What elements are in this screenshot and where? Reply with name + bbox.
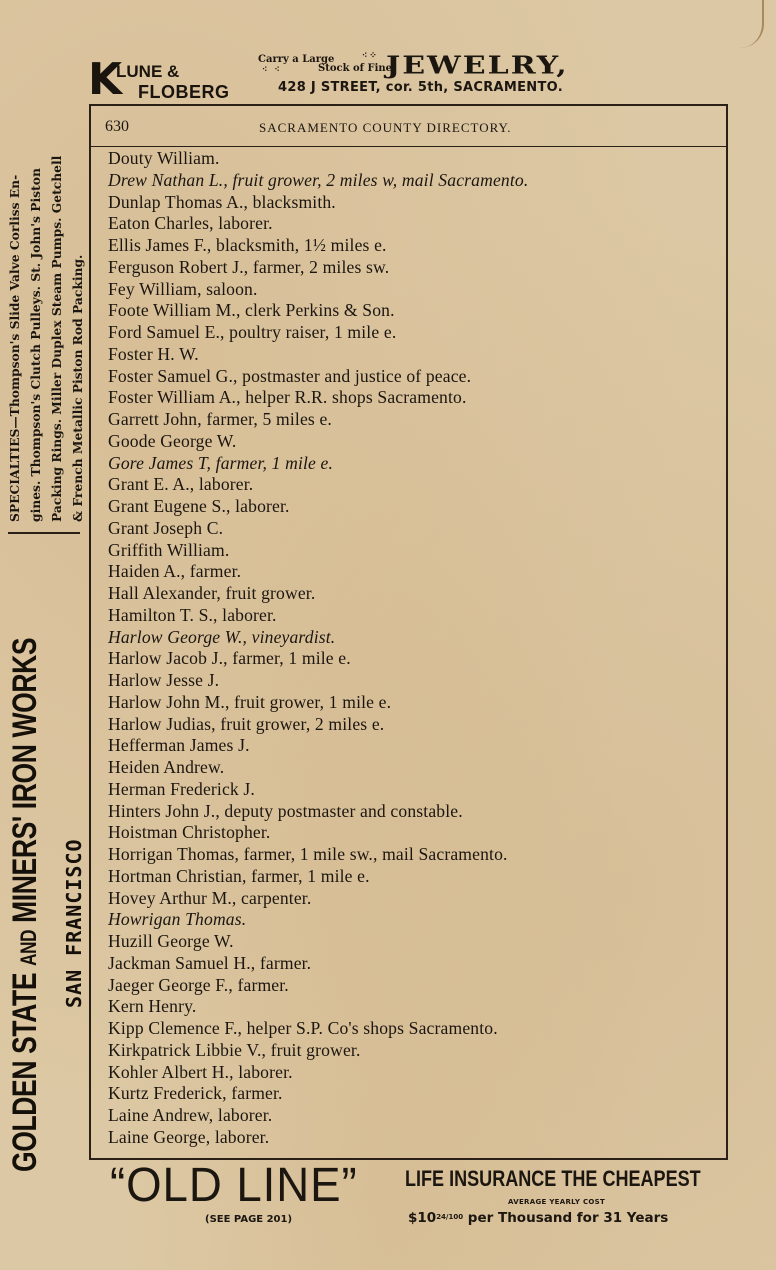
entry-name: Foster Samuel G., xyxy=(108,366,238,386)
directory-entry: Grant E. A., laborer. xyxy=(108,474,528,496)
entry-name: Harlow Jesse J. xyxy=(108,670,219,690)
price-dollars: $10 xyxy=(408,1210,436,1226)
entry-detail: farmer, 1 mile sw., mail Sacramento. xyxy=(239,844,508,864)
directory-entry: Horrigan Thomas, farmer, 1 mile sw., mai… xyxy=(108,844,528,866)
entry-detail: clerk Perkins & Son. xyxy=(241,300,395,320)
directory-entry: Ferguson Robert J., farmer, 2 miles sw. xyxy=(108,257,528,279)
jewelry-headline: JEWELRY, xyxy=(386,52,569,80)
advertiser-name-line1: LUNE & xyxy=(116,62,179,82)
entry-name: Kurtz Frederick, xyxy=(108,1083,227,1103)
entry-detail: fruit grower, 2 miles e. xyxy=(216,714,385,734)
entry-name: Drew Nathan L., xyxy=(108,170,228,190)
entry-name: Harlow Judias, xyxy=(108,714,216,734)
insurance-subhead: AVERAGE YEARLY COST xyxy=(508,1198,605,1206)
directory-entry: Foote William M., clerk Perkins & Son. xyxy=(108,300,528,322)
entry-name: Haiden A., xyxy=(108,561,185,581)
directory-entry: Kirkpatrick Libbie V., fruit grower. xyxy=(108,1040,528,1062)
entry-name: Laine Andrew, xyxy=(108,1105,213,1125)
entry-name: Heiden Andrew. xyxy=(108,757,224,777)
entry-name: Jaeger George F., xyxy=(108,975,233,995)
directory-title: SACRAMENTO COUNTY DIRECTORY. xyxy=(259,120,512,136)
company-name-and: AND xyxy=(16,930,41,966)
directory-entry: Hoistman Christopher. xyxy=(108,822,528,844)
entry-detail: farmer. xyxy=(255,953,311,973)
directory-entry: Kern Henry. xyxy=(108,996,528,1018)
entry-name: Hortman Christian, xyxy=(108,866,247,886)
directory-entry: Harlow John M., fruit grower, 1 mile e. xyxy=(108,692,528,714)
insurance-brand: “OLD LINE” xyxy=(110,1162,358,1210)
directory-entry: Foster William A., helper R.R. shops Sac… xyxy=(108,387,528,409)
entry-name: Gore James T, xyxy=(108,453,211,473)
directory-entry: Laine George, laborer. xyxy=(108,1127,528,1149)
directory-entry: Gore James T, farmer, 1 mile e. xyxy=(108,453,528,475)
entry-detail: helper S.P. Co's shops Sacramento. xyxy=(242,1018,498,1038)
directory-entry: Goode George W. xyxy=(108,431,528,453)
entry-name: Harlow George W., xyxy=(108,627,247,647)
insurance-advertisement: “OLD LINE” (SEE PAGE 201) LIFE INSURANCE… xyxy=(100,1158,720,1238)
entry-detail: laborer. xyxy=(231,496,290,516)
entry-name: Huzill George W. xyxy=(108,931,234,951)
entry-name: Harlow John M., xyxy=(108,692,230,712)
entry-detail: farmer, 2 miles sw. xyxy=(248,257,389,277)
entry-name: Foote William M., xyxy=(108,300,241,320)
entry-name: Foster William A., xyxy=(108,387,241,407)
specialties-line: & French Metallic Piston Rod Packing. xyxy=(67,156,88,522)
directory-entry: Hortman Christian, farmer, 1 mile e. xyxy=(108,866,528,888)
company-name: GOLDEN STATE AND MINERS' IRON WORKS xyxy=(6,638,45,1172)
directory-entry: Jaeger George F., farmer. xyxy=(108,975,528,997)
directory-entry: Kurtz Frederick, farmer. xyxy=(108,1083,528,1105)
entry-name: Dunlap Thomas A., xyxy=(108,192,248,212)
entry-detail: poultry raiser, 1 mile e. xyxy=(225,322,397,342)
see-page-reference: (SEE PAGE 201) xyxy=(205,1214,292,1225)
running-header: 630 SACRAMENTO COUNTY DIRECTORY. xyxy=(91,106,726,147)
directory-entry: Griffith William. xyxy=(108,540,528,562)
entry-name: Kohler Albert H., xyxy=(108,1062,234,1082)
directory-page: K LUNE & FLOBERG Carry a Large Stock of … xyxy=(0,0,776,1270)
ornament-dots-icon: ⁖ ⁖ xyxy=(262,65,282,76)
entry-name: Hamilton T. S., xyxy=(108,605,218,625)
entry-detail: fruit grower. xyxy=(266,1040,360,1060)
directory-entry: Huzill George W. xyxy=(108,931,528,953)
entry-detail: farmer, 1 mile e. xyxy=(211,453,333,473)
directory-entry: Harlow Jesse J. xyxy=(108,670,528,692)
entry-name: Laine George, xyxy=(108,1127,210,1147)
iron-works-advertisement: SPECIALTIES—Thompson's Slide Valve Corli… xyxy=(0,0,90,1270)
entry-detail: helper R.R. shops Sacramento. xyxy=(241,387,467,407)
company-city: SAN FRANCISCO xyxy=(62,838,86,1008)
directory-entry: Jackman Samuel H., farmer. xyxy=(108,953,528,975)
directory-entry: Harlow George W., vineyardist. xyxy=(108,627,528,649)
directory-entry: Laine Andrew, laborer. xyxy=(108,1105,528,1127)
specialties-line: SPECIALTIES—Thompson's Slide Valve Corli… xyxy=(4,156,25,522)
entry-name: Horrigan Thomas, xyxy=(108,844,239,864)
jewelry-advertisement: K LUNE & FLOBERG Carry a Large Stock of … xyxy=(88,52,728,102)
entry-name: Kirkpatrick Libbie V., xyxy=(108,1040,266,1060)
directory-entry: Dunlap Thomas A., blacksmith. xyxy=(108,192,528,214)
entry-name: Garrett John, xyxy=(108,409,202,429)
ornament-dots-icon: ⁖⁘ xyxy=(362,51,379,62)
directory-entry: Harlow Judias, fruit grower, 2 miles e. xyxy=(108,714,528,736)
directory-entry: Harlow Jacob J., farmer, 1 mile e. xyxy=(108,648,528,670)
directory-entry: Howrigan Thomas. xyxy=(108,909,528,931)
entry-detail: laborer. xyxy=(210,1127,269,1147)
directory-entry: Herman Frederick J. xyxy=(108,779,528,801)
entry-name: Grant Eugene S., xyxy=(108,496,231,516)
entry-name: Kern Henry. xyxy=(108,996,196,1016)
advertiser-name-line2: FLOBERG xyxy=(138,82,230,103)
company-name-part: MINERS' IRON WORKS xyxy=(6,638,44,930)
directory-entry: Ellis James F., blacksmith, 1½ miles e. xyxy=(108,235,528,257)
entry-name: Griffith William. xyxy=(108,540,229,560)
bracket-divider xyxy=(8,532,80,534)
directory-entry: Hall Alexander, fruit grower. xyxy=(108,583,528,605)
directory-entry: Drew Nathan L., fruit grower, 2 miles w,… xyxy=(108,170,528,192)
entry-name: Howrigan Thomas. xyxy=(108,909,246,929)
entry-name: Foster H. W. xyxy=(108,344,199,364)
specialties-line: gines. Thompson's Clutch Pulleys. St. Jo… xyxy=(25,156,46,522)
entry-detail: farmer. xyxy=(233,975,289,995)
directory-entry: Eaton Charles, laborer. xyxy=(108,213,528,235)
entry-name: Grant Joseph C. xyxy=(108,518,223,538)
directory-entry: Grant Eugene S., laborer. xyxy=(108,496,528,518)
entry-name: Fey William, xyxy=(108,279,202,299)
entry-detail: vineyardist. xyxy=(247,627,335,647)
entry-name: Herman Frederick J. xyxy=(108,779,255,799)
entry-detail: farmer. xyxy=(227,1083,283,1103)
entry-name: Hefferman James J. xyxy=(108,735,250,755)
entry-detail: farmer, 1 mile e. xyxy=(247,866,370,886)
directory-entry: Foster H. W. xyxy=(108,344,528,366)
directory-entry: Kohler Albert H., laborer. xyxy=(108,1062,528,1084)
price-rest: per Thousand for 31 Years xyxy=(463,1210,668,1226)
insurance-price: $1024/100 per Thousand for 31 Years xyxy=(408,1210,668,1226)
directory-entry: Foster Samuel G., postmaster and justice… xyxy=(108,366,528,388)
directory-entry: Douty William. xyxy=(108,148,528,170)
directory-entry: Grant Joseph C. xyxy=(108,518,528,540)
entry-detail: blacksmith, 1½ miles e. xyxy=(211,235,386,255)
directory-entry: Haiden A., farmer. xyxy=(108,561,528,583)
entry-name: Goode George W. xyxy=(108,431,236,451)
entry-name: Ellis James F., xyxy=(108,235,211,255)
directory-entry: Fey William, saloon. xyxy=(108,279,528,301)
entry-detail: farmer, 5 miles e. xyxy=(202,409,332,429)
page-number: 630 xyxy=(105,118,129,136)
entry-detail: laborer. xyxy=(234,1062,293,1082)
entry-name: Grant E. A., xyxy=(108,474,194,494)
entry-name: Hovey Arthur M., xyxy=(108,888,236,908)
entry-detail: carpenter. xyxy=(236,888,311,908)
directory-entry: Ford Samuel E., poultry raiser, 1 mile e… xyxy=(108,322,528,344)
directory-entry: Kipp Clemence F., helper S.P. Co's shops… xyxy=(108,1018,528,1040)
entry-detail: deputy postmaster and constable. xyxy=(220,801,463,821)
directory-entry: Hinters John J., deputy postmaster and c… xyxy=(108,801,528,823)
entry-detail: laborer. xyxy=(213,1105,272,1125)
entry-name: Hoistman Christopher. xyxy=(108,822,270,842)
directory-entry: Heiden Andrew. xyxy=(108,757,528,779)
entry-detail: fruit grower, 1 mile e. xyxy=(230,692,392,712)
entry-detail: farmer, 1 mile e. xyxy=(228,648,351,668)
specialties-text: SPECIALTIES—Thompson's Slide Valve Corli… xyxy=(4,156,88,522)
entry-name: Harlow Jacob J., xyxy=(108,648,228,668)
entry-name: Ford Samuel E., xyxy=(108,322,225,342)
entry-detail: fruit grower, 2 miles w, mail Sacramento… xyxy=(228,170,529,190)
company-name-part: GOLDEN STATE xyxy=(6,966,44,1172)
entry-detail: laborer. xyxy=(194,474,253,494)
entry-name: Jackman Samuel H., xyxy=(108,953,255,973)
entry-name: Hall Alexander, xyxy=(108,583,221,603)
stock-tagline-line2: Stock of Fine xyxy=(318,63,392,74)
entry-detail: postmaster and justice of peace. xyxy=(238,366,472,386)
entry-name: Hinters John J., xyxy=(108,801,220,821)
entry-detail: fruit grower. xyxy=(221,583,315,603)
directory-entry: Hamilton T. S., laborer. xyxy=(108,605,528,627)
entry-name: Ferguson Robert J., xyxy=(108,257,248,277)
insurance-headline: LIFE INSURANCE THE CHEAPEST xyxy=(405,1166,701,1192)
entry-name: Douty William. xyxy=(108,148,220,168)
directory-entry: Hefferman James J. xyxy=(108,735,528,757)
specialties-line: Packing Rings. Miller Duplex Steam Pumps… xyxy=(46,156,67,522)
entry-name: Eaton Charles, xyxy=(108,213,214,233)
entry-name: Kipp Clemence F., xyxy=(108,1018,242,1038)
entry-detail: laborer. xyxy=(218,605,277,625)
paper-edge-stain xyxy=(740,0,764,48)
entry-detail: laborer. xyxy=(214,213,273,233)
directory-entry: Hovey Arthur M., carpenter. xyxy=(108,888,528,910)
jeweler-address: 428 J STREET, cor. 5th, SACRAMENTO. xyxy=(278,80,563,95)
entry-detail: saloon. xyxy=(202,279,258,299)
entry-detail: farmer. xyxy=(185,561,241,581)
entry-detail: blacksmith. xyxy=(248,192,336,212)
directory-frame: 630 SACRAMENTO COUNTY DIRECTORY. Douty W… xyxy=(89,104,728,1160)
directory-entry: Garrett John, farmer, 5 miles e. xyxy=(108,409,528,431)
directory-entries: Douty William.Drew Nathan L., fruit grow… xyxy=(108,148,528,1149)
price-fraction: 24/100 xyxy=(436,1213,463,1221)
